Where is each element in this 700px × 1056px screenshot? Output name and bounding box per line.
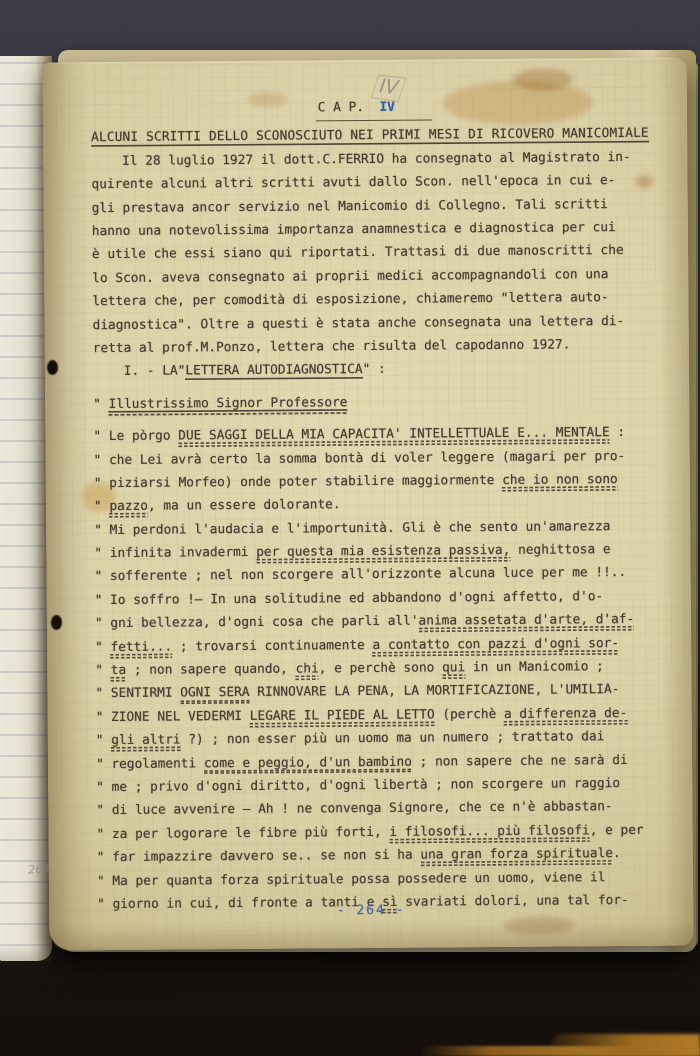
page-gutter-shading (43, 62, 96, 950)
text-line: I. - LA"LETTERA AUTODIAGNOSTICA" : (93, 356, 659, 384)
photo-scene: C A P. IV ALCUNI SCRITTI DELLO SCONOSCIU… (0, 0, 700, 1056)
desk-edge-corner (550, 1034, 700, 1056)
stain (513, 68, 573, 90)
typewritten-content: C A P. IV ALCUNI SCRITTI DELLO SCONOSCIU… (91, 94, 663, 917)
text-line: diagnostica". Oltre a questi è stata anc… (92, 309, 658, 337)
chapter-label: C A P. (318, 100, 364, 115)
text-line: " piziarsi Morfeo) onde poter stabilire … (94, 468, 660, 496)
document-page: C A P. IV ALCUNI SCRITTI DELLO SCONOSCIU… (43, 57, 694, 950)
chapter-number: IV (379, 100, 395, 115)
body-text: Il 28 luglio 1927 il dott.C.FERRIO ha co… (91, 146, 663, 917)
text-line: " Illustrissimo Signor Professore (93, 388, 659, 416)
binding-hole (51, 615, 62, 630)
binding-hole (47, 360, 58, 375)
margin-pencil-note: 264 (28, 861, 51, 876)
